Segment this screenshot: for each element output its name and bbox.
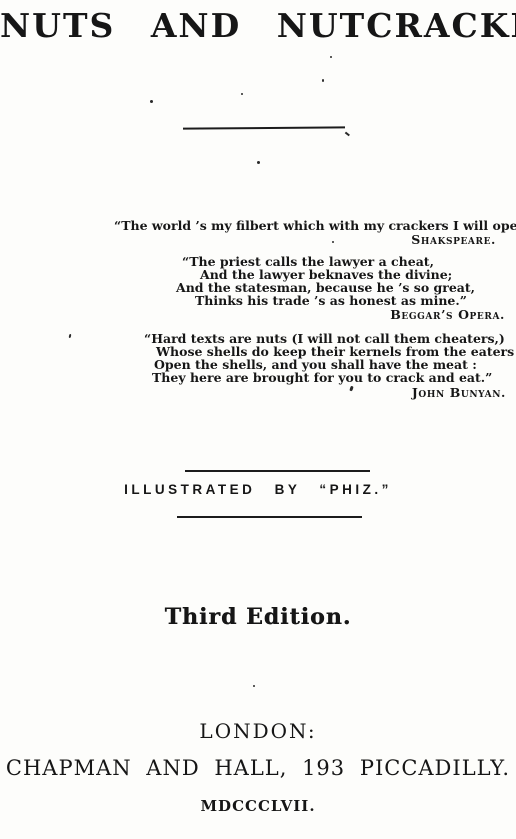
- epigraph-john-bunyan: “Hard texts are nuts (I will not call th…: [144, 332, 506, 399]
- divider-rule-top: [183, 126, 345, 129]
- imprint-city: LONDON:: [0, 719, 516, 743]
- epigraph-line: And the lawyer beknaves the divine;: [200, 268, 505, 281]
- epigraph-attribution: John Bunyan.: [144, 386, 506, 399]
- ink-speck: [322, 79, 324, 82]
- ink-speck: [150, 100, 153, 103]
- epigraph-attribution: Shakspeare.: [114, 233, 506, 246]
- divider-rule-illustrated-bottom: [177, 516, 362, 518]
- imprint-publisher: CHAPMAN AND HALL, 193 PICCADILLY.: [0, 756, 516, 780]
- title-page: NUTS AND NUTCRACKERS. “The world ’s my f…: [0, 0, 516, 839]
- epigraph-beggars-opera: “The priest calls the lawyer a cheat, An…: [176, 255, 505, 321]
- divider-rule-illustrated-top: [185, 470, 370, 472]
- edition-line: Third Edition.: [0, 604, 516, 630]
- epigraph-line: “The world ’s my filbert which with my c…: [114, 219, 506, 232]
- book-title: NUTS AND NUTCRACKERS.: [0, 6, 516, 45]
- epigraph-line: And the statesman, because he ’s so grea…: [176, 281, 505, 294]
- epigraph-line: Whose shells do keep their kernels from …: [156, 345, 506, 358]
- ink-speck: [345, 132, 350, 136]
- ink-speck: [69, 334, 72, 338]
- epigraph-line: They here are brought for you to crack a…: [152, 371, 506, 384]
- epigraph-attribution: Beggar’s Opera.: [176, 308, 505, 321]
- illustrated-by-line: ILLUSTRATED BY “PHIZ.”: [0, 482, 516, 497]
- epigraph-line: Thinks his trade ’s as honest as mine.”: [195, 294, 505, 307]
- ink-speck: [253, 685, 255, 687]
- epigraph-line: “Hard texts are nuts (I will not call th…: [144, 332, 506, 345]
- epigraph-shakspeare: “The world ’s my filbert which with my c…: [114, 219, 506, 246]
- ink-speck: [330, 56, 332, 58]
- imprint-year: MDCCCLVII.: [0, 797, 516, 815]
- ink-speck: [241, 93, 243, 95]
- epigraph-line: “The priest calls the lawyer a cheat,: [182, 255, 505, 268]
- epigraph-line: Open the shells, and you shall have the …: [154, 358, 506, 371]
- ink-speck: [257, 161, 260, 164]
